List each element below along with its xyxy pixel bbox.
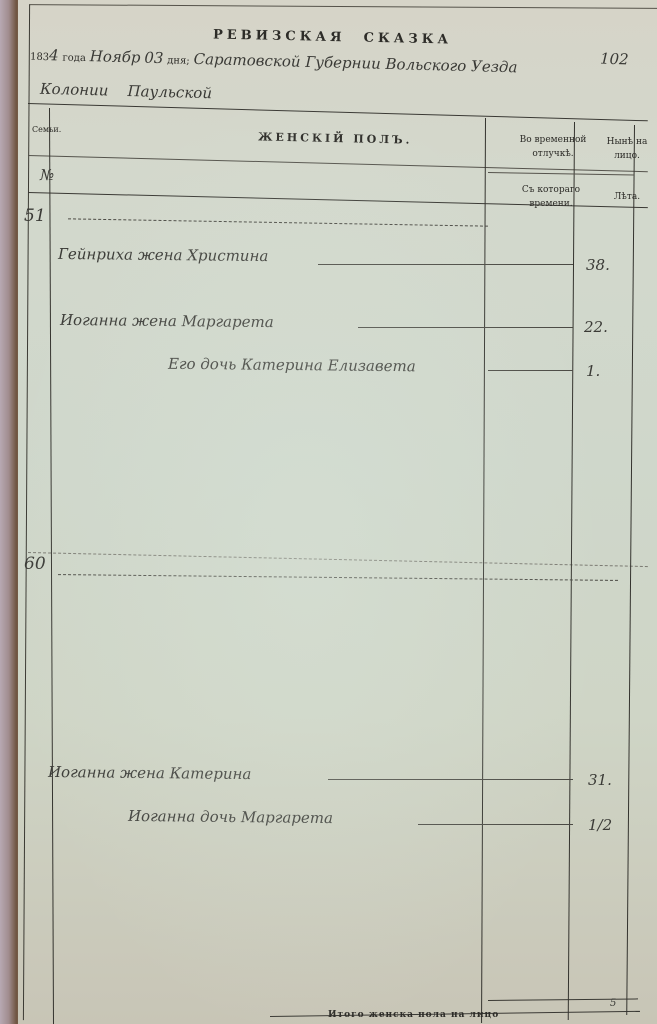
entry-text: Его дочь Катерина Елизавета xyxy=(168,355,416,376)
entry-text: Гейнриха жена Христина xyxy=(58,245,269,265)
header-years: Лѣта. xyxy=(603,190,651,204)
census-page: РЕВИЗСКАЯСКАЗКА 102 1834 года Ноябр 03 д… xyxy=(18,0,657,1024)
female-total-value: 5 xyxy=(610,998,616,1009)
entry-dash xyxy=(318,264,573,265)
month-handwritten: Ноябр xyxy=(90,47,141,66)
entry-age: 22. xyxy=(584,318,608,336)
year-word: года xyxy=(62,52,86,64)
header-since-when: Съ котораго времени. xyxy=(508,183,594,211)
year-handwritten: 4 xyxy=(49,46,59,64)
entry-age: 1. xyxy=(586,362,600,380)
family-number: 60 xyxy=(24,554,46,574)
entry-dash xyxy=(358,327,573,328)
entry-dash xyxy=(488,370,573,371)
header-family: Семьи. xyxy=(32,123,61,137)
entry-dash xyxy=(418,824,573,825)
entry-text: Иоганна жена Маргарета xyxy=(60,311,274,331)
day-handwritten: 03 xyxy=(144,49,164,67)
title-word-1: РЕВИЗСКАЯ xyxy=(213,27,346,45)
header-number-sign: № xyxy=(40,168,54,182)
header-temporary-absence: Во временной отлучкѣ. xyxy=(511,133,595,161)
female-total-label: Итого женска пола на лицо xyxy=(328,1010,499,1020)
header-present-now: Нынѣ на лицо. xyxy=(603,135,651,163)
title-word-2: СКАЗКА xyxy=(363,31,452,48)
entry-text: Иоганна жена Катерина xyxy=(48,763,252,783)
entry-dash xyxy=(328,779,573,780)
page-number: 102 xyxy=(600,50,629,69)
year-printed: 183 xyxy=(30,52,49,63)
day-word: дня; xyxy=(167,55,190,67)
entry-text: Иоганна дочь Маргарета xyxy=(128,807,333,827)
family-number: 51 xyxy=(24,206,46,226)
entry-age: 1/2 xyxy=(588,816,612,834)
colony-word: Колонии xyxy=(40,80,109,100)
entry-age: 31. xyxy=(588,771,612,789)
colony-name: Паульской xyxy=(127,82,212,102)
entry-age: 38. xyxy=(586,256,610,274)
